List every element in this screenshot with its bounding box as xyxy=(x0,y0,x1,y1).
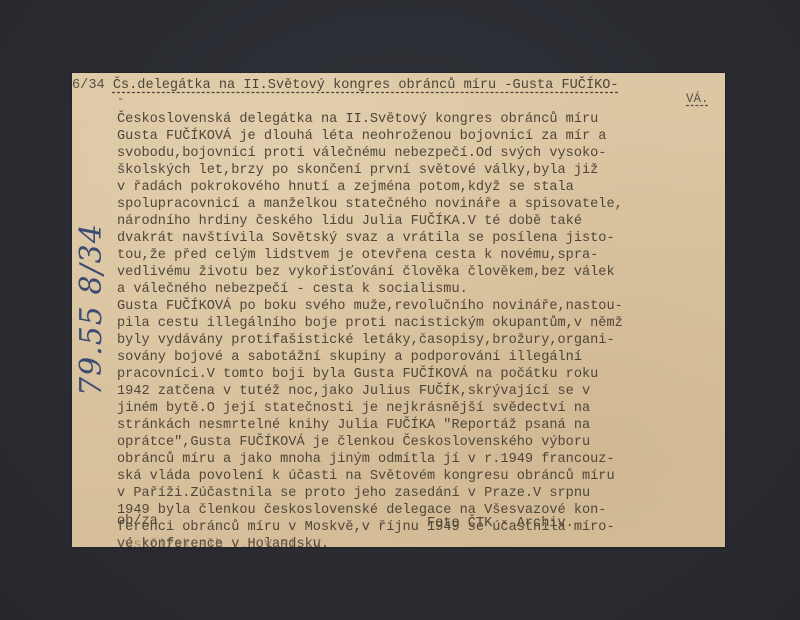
body-line: sovány bojové a sabotážní skupiny a podp… xyxy=(117,349,717,366)
card-title: Čs.delegátka na II.Světový kongres obrán… xyxy=(113,78,619,93)
body-line: stránkách nesmrtelné knihy Julia FUČÍKA … xyxy=(117,417,717,434)
body-line: byly vydávány protifašistické letáky,čas… xyxy=(117,332,717,349)
body-line: a válečného nebezpečí - cesta k socialis… xyxy=(117,281,717,298)
body-line: Československá delegátka na II.Světový k… xyxy=(117,111,717,128)
body-line: jiném bytě.O její statečnosti je nejkrás… xyxy=(117,400,717,417)
card-header: 6/34 Čs.delegátka na II.Světový kongres … xyxy=(72,78,619,94)
body-line: 1942 zatčena v tutéž noc,jako Julius FUČ… xyxy=(117,383,717,400)
body-line: školských let,brzy po skončení první svě… xyxy=(117,162,717,179)
card-title-continuation: VÁ. xyxy=(686,92,709,106)
body-line: ská vláda povolení k účasti na Světovém … xyxy=(117,468,717,485)
body-line: dvakrát navštívila Sovětský svaz a vráti… xyxy=(117,230,717,247)
body-line: 1949 byla členkou československé delegac… xyxy=(117,502,717,519)
body-line: v Paříži.Zúčastnila se proto jeho zasedá… xyxy=(117,485,717,502)
reference-number: 6/34 xyxy=(72,78,105,93)
body-line: národního hrdiny českého lidu Julia FUČÍ… xyxy=(117,213,717,230)
body-line: pracovníci.V tomto boji byla Gusta FUČÍK… xyxy=(117,366,717,383)
body-line: pila cestu illegálního boje proti nacist… xyxy=(117,315,717,332)
photo-credit: Foto ČTK - Archiv. xyxy=(427,515,574,532)
body-line: obránců míru a jako mnoha jiným odmítla … xyxy=(117,451,717,468)
body-line: vedlivému životu bez vykořisťování člově… xyxy=(117,264,717,281)
handwritten-catalog-number: 79.55 8/34 xyxy=(74,223,109,396)
title-dash: - xyxy=(117,92,124,106)
archival-card: 6/34 Čs.delegátka na II.Světový kongres … xyxy=(72,73,725,547)
body-line: svobodu,bojovnicí proti válečnému nebezp… xyxy=(117,145,717,162)
body-line: oprátce",Gusta FUČÍKOVÁ je členkou Česko… xyxy=(117,434,717,451)
body-line: v řadách pokrokového hnutí a zejména pot… xyxy=(117,179,717,196)
body-line: Gusta FUČÍKOVÁ po boku svého muže,revolu… xyxy=(117,298,717,315)
body-line: Gusta FUČÍKOVÁ je dlouhá léta neohroženo… xyxy=(117,128,717,145)
body-line: tou,že před celým lidstvem je otevřena c… xyxy=(117,247,717,264)
body-line: ferenci obránců míru v Moskvě,v říjnu 19… xyxy=(117,519,717,536)
typist-initials: ob/za xyxy=(117,513,158,530)
article-body: Československá delegátka na II.Světový k… xyxy=(117,111,717,547)
body-line: spolupracovnicí a manželkou statečného n… xyxy=(117,196,717,213)
cut-off-text-line: Výstřižek alb .. V.Ri..V xyxy=(117,538,321,547)
